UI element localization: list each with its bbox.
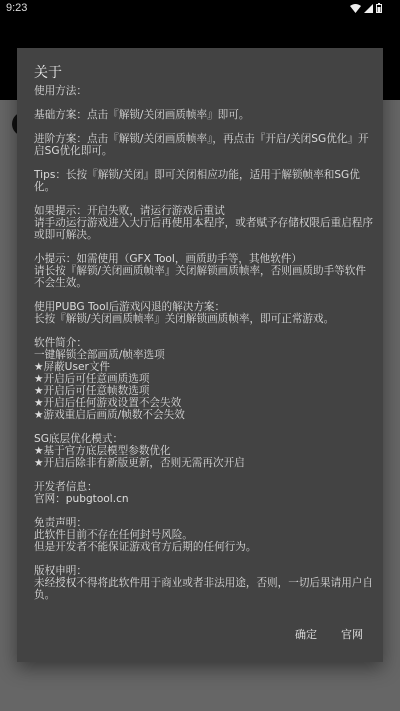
dialog-actions: 确定 官网 — [295, 626, 363, 642]
confirm-button[interactable]: 确定 — [295, 626, 317, 642]
about-dialog: 关于 使用方法： 基础方案：点击『解锁/关闭画质帧率』即可。 进阶方案：点击『解… — [17, 48, 383, 662]
battery-icon — [376, 3, 382, 13]
status-icons — [350, 3, 382, 13]
dialog-title: 关于 — [34, 62, 62, 82]
wifi-icon — [350, 4, 361, 13]
signal-icon — [364, 4, 373, 13]
website-button[interactable]: 官网 — [341, 626, 363, 642]
status-time: 9:23 — [6, 2, 27, 14]
dialog-message: 使用方法： 基础方案：点击『解锁/关闭画质帧率』即可。 进阶方案：点击『解锁/关… — [34, 85, 374, 601]
